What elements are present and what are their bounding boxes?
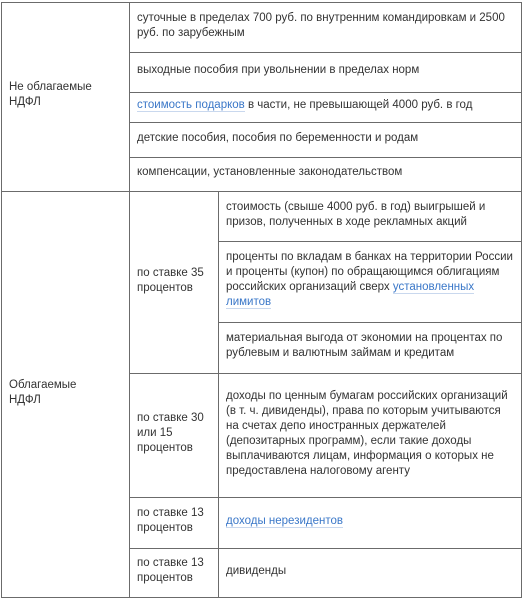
category-taxed: Облагаемые НДФЛ	[2, 192, 130, 598]
income-description: суточные в пределах 700 руб. по внутренн…	[130, 3, 522, 53]
table-row: Не облагаемые НДФЛсуточные в пределах 70…	[2, 3, 522, 53]
income-description: стоимость (свыше 4000 руб. в год) выигры…	[219, 192, 522, 242]
income-description: компенсации, установленные законодательс…	[130, 158, 522, 192]
income-text: детские пособия, пособия по беременности…	[137, 132, 418, 144]
income-description: детские пособия, пособия по беременности…	[130, 123, 522, 158]
ndfl-income-table: Не облагаемые НДФЛсуточные в пределах 70…	[1, 2, 522, 598]
income-link[interactable]: доходы нерезидентов	[226, 515, 343, 528]
income-text: выходные пособия при увольнении в предел…	[137, 64, 419, 76]
income-text: доходы по ценным бумагам российских орга…	[226, 390, 508, 477]
income-text: материальная выгода от экономии на проце…	[226, 332, 502, 359]
tax-rate: по ставке 35 процентов	[130, 192, 219, 374]
income-text: стоимость (свыше 4000 руб. в год) выигры…	[226, 201, 485, 228]
tax-rate: по ставке 13 процентов	[130, 549, 219, 598]
income-text: дивиденды	[226, 565, 286, 577]
tax-rate: по ставке 13 процентов	[130, 498, 219, 549]
tax-rate: по ставке 30 или 15 процентов	[130, 374, 219, 498]
category-not-taxed: Не облагаемые НДФЛ	[2, 3, 130, 192]
income-description: проценты по вкладам в банках на территор…	[219, 242, 522, 323]
table-row: Облагаемые НДФЛпо ставке 35 процентовсто…	[2, 192, 522, 242]
income-link[interactable]: стоимость подарков	[137, 99, 245, 112]
income-description: доходы по ценным бумагам российских орга…	[219, 374, 522, 498]
income-description: выходные пособия при увольнении в предел…	[130, 53, 522, 93]
income-text: суточные в пределах 700 руб. по внутренн…	[137, 12, 505, 39]
income-description: стоимость подарков в части, не превышающ…	[130, 93, 522, 123]
income-description: материальная выгода от экономии на проце…	[219, 323, 522, 374]
income-description: доходы нерезидентов	[219, 498, 522, 549]
income-text: компенсации, установленные законодательс…	[137, 166, 402, 178]
income-description: дивиденды	[219, 549, 522, 598]
income-text: в части, не превышающей 4000 руб. в год	[245, 99, 473, 111]
